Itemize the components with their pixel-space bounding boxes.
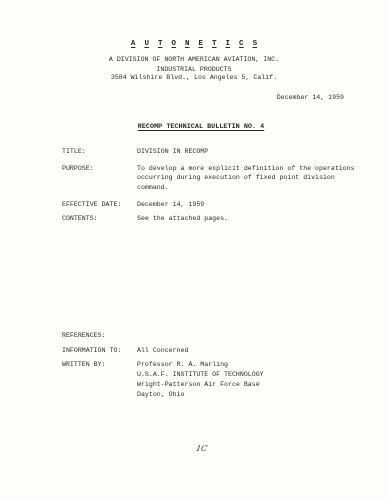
field-value-purpose: To develop a more explicit definition of… <box>137 164 360 193</box>
field-value-written-by: Professor R. A. Marling U.S.A.F. INSTITU… <box>137 360 360 399</box>
document-date: December 14, 1959 <box>277 94 344 101</box>
field-label-written-by: WRITTEN BY: <box>62 360 137 370</box>
field-row-purpose: PURPOSE: To develop a more explicit defi… <box>62 164 360 193</box>
field-row-information-to: INFORMATION TO: All Concerned <box>62 346 360 356</box>
field-label-purpose: PURPOSE: <box>62 164 137 174</box>
field-row-written-by: WRITTEN BY: Professor R. A. Marling U.S.… <box>62 360 360 399</box>
field-row-effective-date: EFFECTIVE DATE: December 14, 1959 <box>62 200 360 210</box>
field-label-information-to: INFORMATION TO: <box>62 346 137 356</box>
letterhead-address-line: 3584 Wilshire Blvd., Los Angeles 5, Cali… <box>0 74 388 81</box>
field-row-references: REFERENCES: <box>62 331 360 341</box>
letterhead-company-name: AUTONETICS <box>0 40 388 48</box>
document-page: AUTONETICS A DIVISION OF NORTH AMERICAN … <box>0 0 388 500</box>
main-field-list: TITLE: DIVISION IN RECOMP PURPOSE: To de… <box>62 147 360 223</box>
field-row-title: TITLE: DIVISION IN RECOMP <box>62 147 360 157</box>
field-value-information-to: All Concerned <box>137 346 360 356</box>
handwritten-page-mark: 1C <box>195 444 208 453</box>
field-label-effective-date: EFFECTIVE DATE: <box>62 200 137 210</box>
field-value-contents: See the attached pages. <box>137 214 360 224</box>
field-label-references: REFERENCES: <box>62 331 137 341</box>
field-value-effective-date: December 14, 1959 <box>137 200 360 210</box>
field-label-title: TITLE: <box>62 147 137 157</box>
field-value-title: DIVISION IN RECOMP <box>137 147 360 157</box>
footer-field-list: REFERENCES: INFORMATION TO: All Concerne… <box>62 331 360 399</box>
bulletin-title: RECOMP TECHNICAL BULLETIN NO. 4 <box>0 123 388 131</box>
letterhead-department-line: INDUSTRIAL PRODUCTS <box>0 66 388 73</box>
field-row-contents: CONTENTS: See the attached pages. <box>62 214 360 224</box>
field-label-contents: CONTENTS: <box>62 214 137 224</box>
letterhead-division-line: A DIVISION OF NORTH AMERICAN AVIATION, I… <box>0 56 388 63</box>
